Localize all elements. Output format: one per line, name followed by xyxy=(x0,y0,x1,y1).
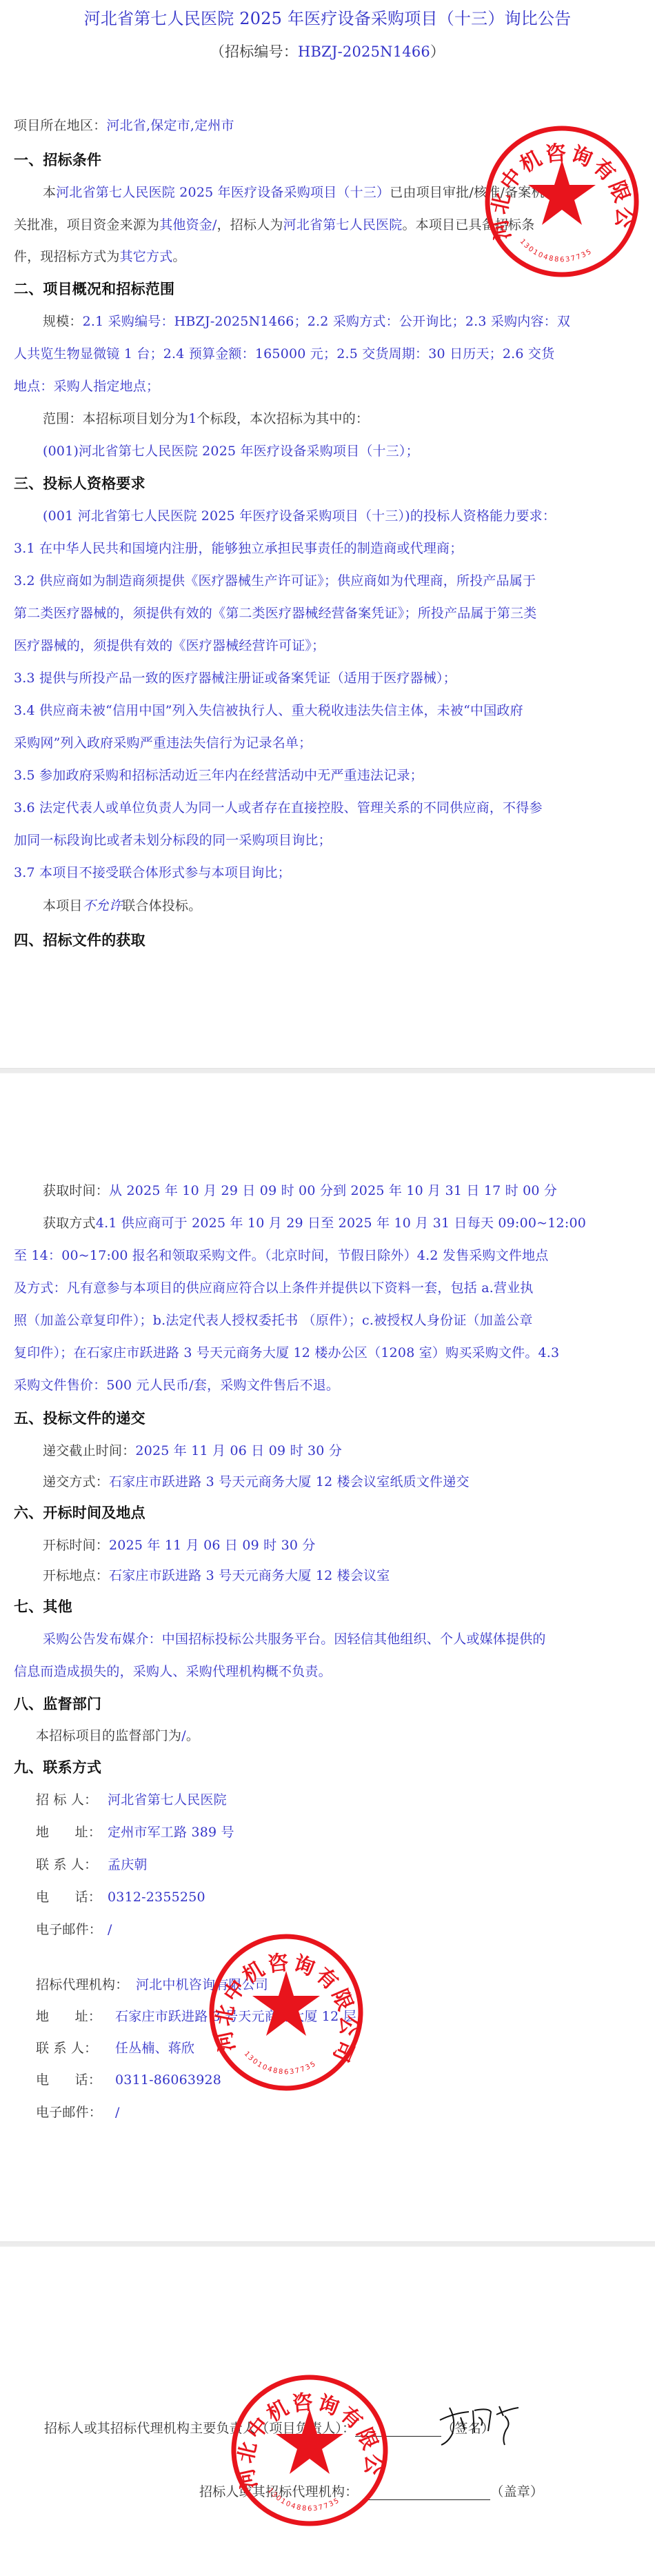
s1-line-3: 件，现招标方式为其它方式。 xyxy=(14,248,186,265)
principal-signature-line: 招标人或其招标代理机构主要负责人（项目负责人）：（签名） xyxy=(44,2420,494,2437)
project-region: 项目所在地区：河北省,保定市,定州市 xyxy=(14,117,234,134)
tenderer-name: 招 标 人：河北省第七人民医院 xyxy=(36,1792,227,1808)
section-heading-8: 八、监督部门 xyxy=(14,1696,101,1712)
s3-line: 采购网”列入政府采购严重违法失信行为记录名单； xyxy=(14,735,312,751)
s7-line-2: 信息而造成损失的，采购人、采购代理机构概不负责。 xyxy=(14,1663,332,1680)
s3-line: 3.4 供应商未被“信用中国”列入失信被执行人、重大税收违法失信主体，未被“中国… xyxy=(14,702,523,719)
s3-line: 加同一标段询比或者未划分标段的同一采购项目询比； xyxy=(14,832,332,849)
seal-field xyxy=(367,2486,490,2500)
s4-method-line-5: 复印件）；在石家庄市跃进路 3 号天元商务大厦 12 楼办公区（1208 室）购… xyxy=(14,1345,559,1361)
tenderer-contact: 联 系 人：孟庆朝 xyxy=(36,1856,148,1873)
tenderer-address: 地 址：定州市军工路 389 号 xyxy=(36,1824,234,1841)
company-seal-stamp: 河北中机咨询有限公司 13010488637735 xyxy=(230,2373,389,2528)
s3-consortium: 本项目不允许联合体投标。 xyxy=(43,898,201,914)
s3-line: 医疗器械的，须提供有效的《医疗器械经营许可证》； xyxy=(14,637,325,654)
tender-code-line: （招标编号：HBZJ-2025N1466） xyxy=(0,43,655,60)
s7-line-1: 采购公告发布媒介：中国招标投标公共服务平台。因轻信其他组织、个人或媒体提供的 xyxy=(43,1631,546,1647)
agency-phone: 电 话：0311-86063928 xyxy=(36,2072,221,2088)
s3-line: (001 河北省第七人民医院 2025 年医疗设备采购项目（十三）)的投标人资格… xyxy=(43,508,556,524)
section-heading-4: 四、招标文件的获取 xyxy=(14,932,145,949)
s6-place: 开标地点：石家庄市跃进路 3 号天元商务大厦 12 楼会议室 xyxy=(43,1567,390,1584)
s4-time: 获取时间：从 2025 年 10 月 29 日 09 时 00 分到 2025 … xyxy=(43,1182,557,1199)
s4-method-line-6: 采购文件售价：500 元人民币/套，采购文件售后不退。 xyxy=(14,1377,339,1394)
page-separator xyxy=(0,1068,655,1073)
s4-method-line-4: 照（加盖公章复印件）；b.法定代表人授权委托书 （原件）；c.被授权人身份证（加… xyxy=(14,1312,533,1329)
company-seal-stamp: 河北中机咨询有限公司 13010488637735 xyxy=(484,124,640,279)
s1-line-1: 本河北省第七人民医院 2025 年医疗设备采购项目（十三）已由项目审批/核准/备… xyxy=(43,184,545,201)
s3-line: 3.3 提供与所投产品一致的医疗器械注册证或备案凭证（适用于医疗器械）； xyxy=(14,670,456,686)
s2-scale-line-1: 规模：2.1 采购编号：HBZJ-2025N1466；2.2 采购方式：公开询比… xyxy=(43,313,570,330)
s5-deadline: 递交截止时间：2025 年 11 月 06 日 09 时 30 分 xyxy=(43,1443,342,1459)
page-1: 河北省第七人民医院 2025 年医疗设备采购项目（十三）询比公告 （招标编号：H… xyxy=(0,0,655,1068)
s3-line: 3.1 在中华人民共和国境内注册，能够独立承担民事责任的制造商或代理商； xyxy=(14,540,463,557)
s6-time: 开标时间：2025 年 11 月 06 日 09 时 30 分 xyxy=(43,1537,316,1554)
s3-line: 3.2 供应商如为制造商须提供《医疗器械生产许可证》；供应商如为代理商，所投产品… xyxy=(14,573,536,589)
s8-text: 本招标项目的监督部门为/。 xyxy=(36,1727,199,1744)
section-heading-2: 二、项目概况和招标范围 xyxy=(14,281,174,297)
s4-method-line-2: 至 14：00~17:00 报名和领取采购文件。（北京时间，节假日除外）4.2 … xyxy=(14,1247,548,1264)
s3-line: 3.7 本项目不接受联合体形式参与本项目询比； xyxy=(14,864,291,881)
org-seal-line: 招标人或其招标代理机构：（盖章） xyxy=(199,2484,543,2500)
s2-lot: (001)河北省第七人民医院 2025 年医疗设备采购项目（十三）； xyxy=(43,443,419,459)
section-heading-5: 五、投标文件的递交 xyxy=(14,1410,145,1427)
section-heading-7: 七、其他 xyxy=(14,1598,72,1615)
svg-text:13010488637735: 13010488637735 xyxy=(518,238,594,264)
section-heading-6: 六、开标时间及地点 xyxy=(14,1505,145,1521)
agency-name: 招标代理机构：河北中机咨询有限公司 xyxy=(36,1976,268,1993)
page-title: 河北省第七人民医院 2025 年医疗设备采购项目（十三）询比公告 xyxy=(0,9,655,28)
s5-method: 递交方式：石家庄市跃进路 3 号天元商务大厦 12 楼会议室纸质文件递交 xyxy=(43,1474,470,1490)
tenderer-email: 电子邮件：/ xyxy=(36,1921,112,1938)
tender-code: HBZJ-2025N1466 xyxy=(298,43,430,60)
agency-contact: 联 系 人：任丛楠、蒋欣 xyxy=(36,2040,194,2057)
section-heading-3: 三、投标人资格要求 xyxy=(14,475,145,492)
section-heading-1: 一、招标条件 xyxy=(14,152,101,168)
s3-line: 第二类医疗器械的，须提供有效的《第二类医疗器械经营备案凭证》；所投产品属于第三类 xyxy=(14,605,537,622)
agency-email: 电子邮件：/ xyxy=(36,2104,120,2121)
s4-method-line-1: 获取方式4.1 供应商可于 2025 年 10 月 29 日至 2025 年 1… xyxy=(43,1215,586,1231)
s3-line: 3.5 参加政府采购和招标活动近三年内在经营活动中无严重违法记录； xyxy=(14,767,423,784)
agency-address: 地 址：石家庄市跃进路 3 号天元商务大厦 12 层 xyxy=(36,2008,356,2025)
star-icon xyxy=(276,2409,343,2474)
s2-scale-line-3: 地点：采购人指定地点； xyxy=(14,378,159,395)
page-separator xyxy=(0,2241,655,2247)
tenderer-phone: 电 话：0312-2355250 xyxy=(36,1889,205,1905)
s1-line-2: 关批准，项目资金来源为其他资金/，招标人为河北省第七人民医院。本项目已具备招标条 xyxy=(14,217,534,233)
s2-scale-line-2: 人共览生物显微镜 1 台；2.4 预算金额：165000 元；2.5 交货周期：… xyxy=(14,346,554,362)
s4-method-line-3: 及方式：凡有意参与本项目的供应商应符合以上条件并提供以下资料一套，包括 a.营业… xyxy=(14,1280,534,1296)
section-heading-9: 九、联系方式 xyxy=(14,1759,101,1776)
s2-range: 范围：本招标项目划分为1个标段，本次招标为其中的： xyxy=(43,410,369,427)
s3-line: 3.6 法定代表人或单位负责人为同一人或者存在直接控股、管理关系的不同供应商，不… xyxy=(14,800,543,816)
signature-field xyxy=(355,2422,441,2437)
